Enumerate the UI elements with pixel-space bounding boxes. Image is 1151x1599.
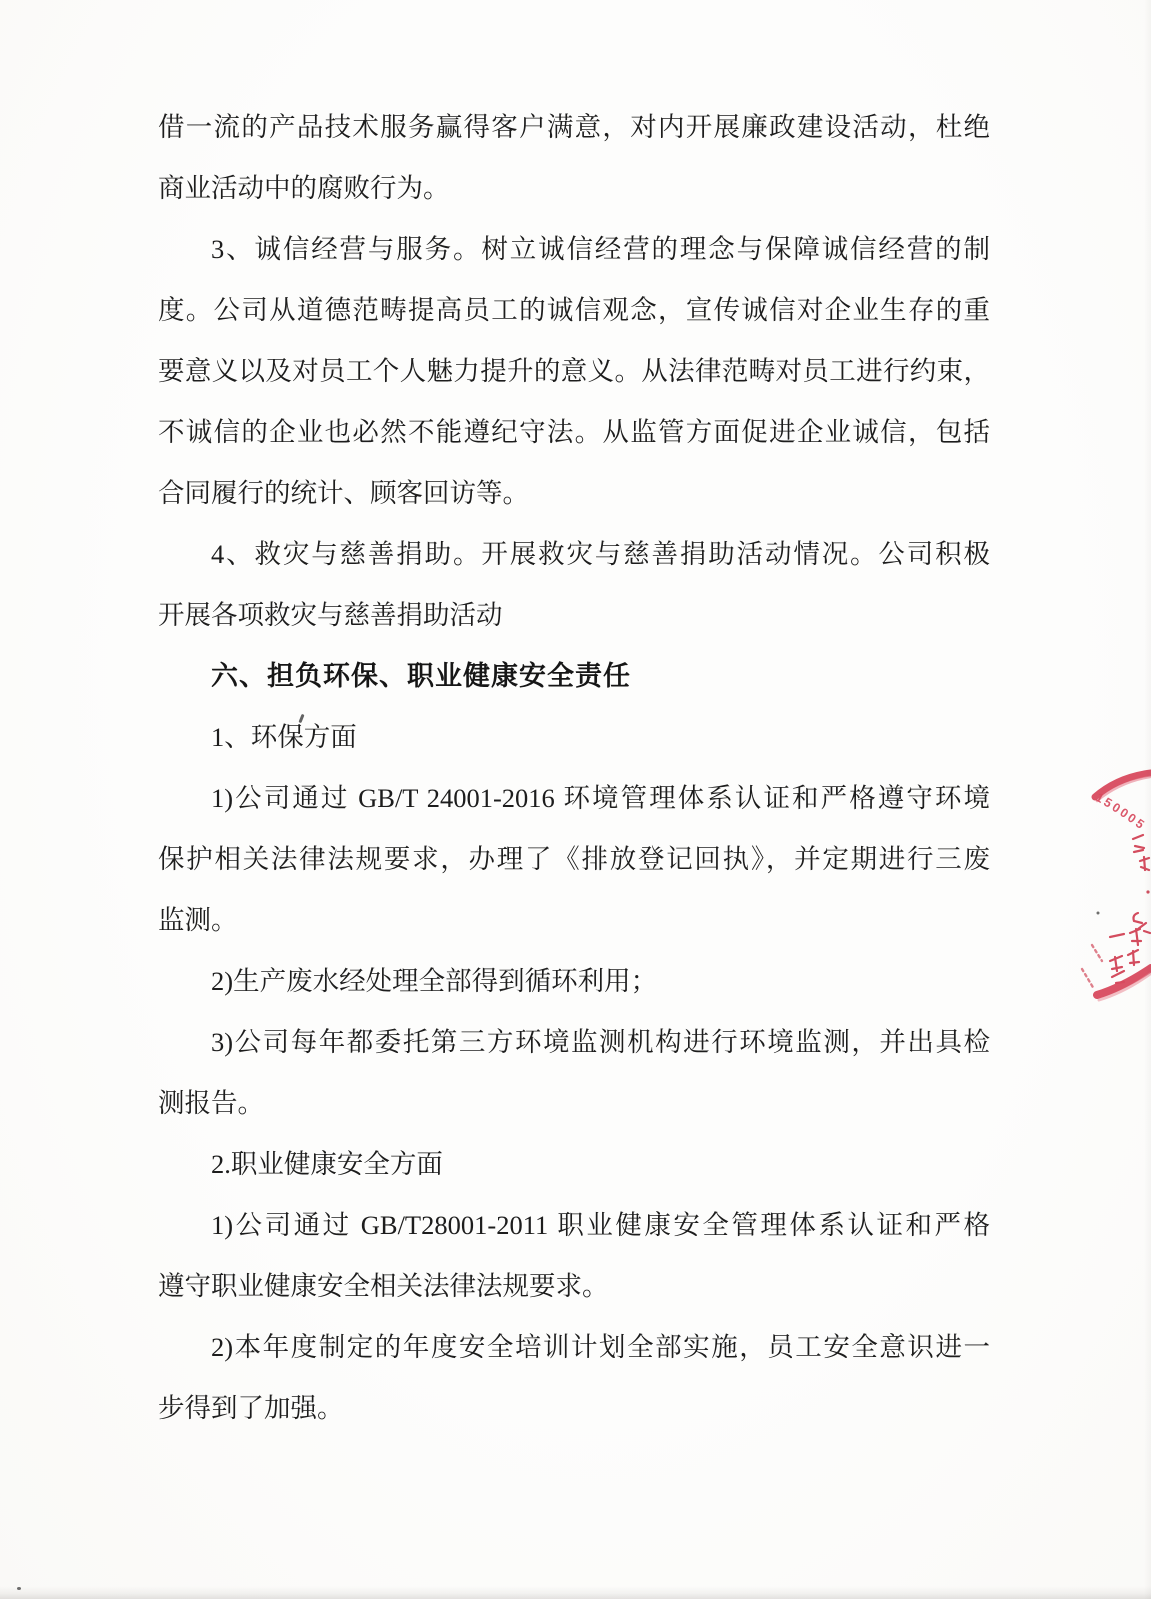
text-line: 开展各项救灾与慈善捐助活动 — [158, 585, 990, 646]
text-line: 步得到了加强。 — [158, 1378, 990, 1439]
text-line: 2)本年度制定的年度安全培训计划全部实施，员工安全意识进一 — [158, 1317, 990, 1378]
text-line: 3、诚信经营与服务。树立诚信经营的理念与保障诚信经营的制 — [158, 219, 990, 280]
text-line: 1)公司通过 GB/T 24001-2016 环境管理体系认证和严格遵守环境 — [158, 768, 990, 829]
text-line: 借一流的产品技术服务赢得客户满意，对内开展廉政建设活动，杜绝 — [158, 97, 990, 158]
section-heading: 六、担负环保、职业健康安全责任 — [158, 646, 990, 707]
text-line: 要意义以及对员工个人魅力提升的意义。从法律范畴对员工进行约束， — [158, 341, 990, 402]
text-line: 监测。 — [158, 890, 990, 951]
text-line: 1)公司通过 GB/T28001-2011 职业健康安全管理体系认证和严格 — [158, 1195, 990, 1256]
red-seal-stamp: 150005 — [1070, 755, 1151, 1010]
stamp-serial-number: 150005 — [1093, 790, 1148, 833]
text-line: 保护相关法律法规要求，办理了《排放登记回执》，并定期进行三废 — [158, 829, 990, 890]
text-line: 度。公司从道德范畴提高员工的诚信观念，宣传诚信对企业生存的重 — [158, 280, 990, 341]
text-line: 商业活动中的腐败行为。 — [158, 158, 990, 219]
document-body: 借一流的产品技术服务赢得客户满意，对内开展廉政建设活动，杜绝 商业活动中的腐败行… — [158, 97, 990, 1439]
text-line: 合同履行的统计、顾客回访等。 — [158, 463, 990, 524]
text-line: 4、救灾与慈善捐助。开展救灾与慈善捐助活动情况。公司积极 — [158, 524, 990, 585]
scan-edge-bottom — [0, 1586, 1151, 1599]
text-line: 测报告。 — [158, 1073, 990, 1134]
scan-edge-right — [1144, 0, 1151, 1599]
text-line: 不诚信的企业也必然不能遵纪守法。从监管方面促进企业诚信，包括 — [158, 402, 990, 463]
text-line: 2.职业健康安全方面 — [158, 1134, 990, 1195]
dust-speck — [1097, 912, 1100, 915]
text-line: 2)生产废水经处理全部得到循环利用； — [158, 951, 990, 1012]
scanned-document-page: 借一流的产品技术服务赢得客户满意，对内开展廉政建设活动，杜绝 商业活动中的腐败行… — [0, 0, 1151, 1599]
text-line: 3)公司每年都委托第三方环境监测机构进行环境监测，并出具检 — [158, 1012, 990, 1073]
text-line: 遵守职业健康安全相关法律法规要求。 — [158, 1256, 990, 1317]
text-line: 1、环保方面 — [158, 707, 990, 768]
stamp-faded-marks — [1082, 945, 1102, 989]
